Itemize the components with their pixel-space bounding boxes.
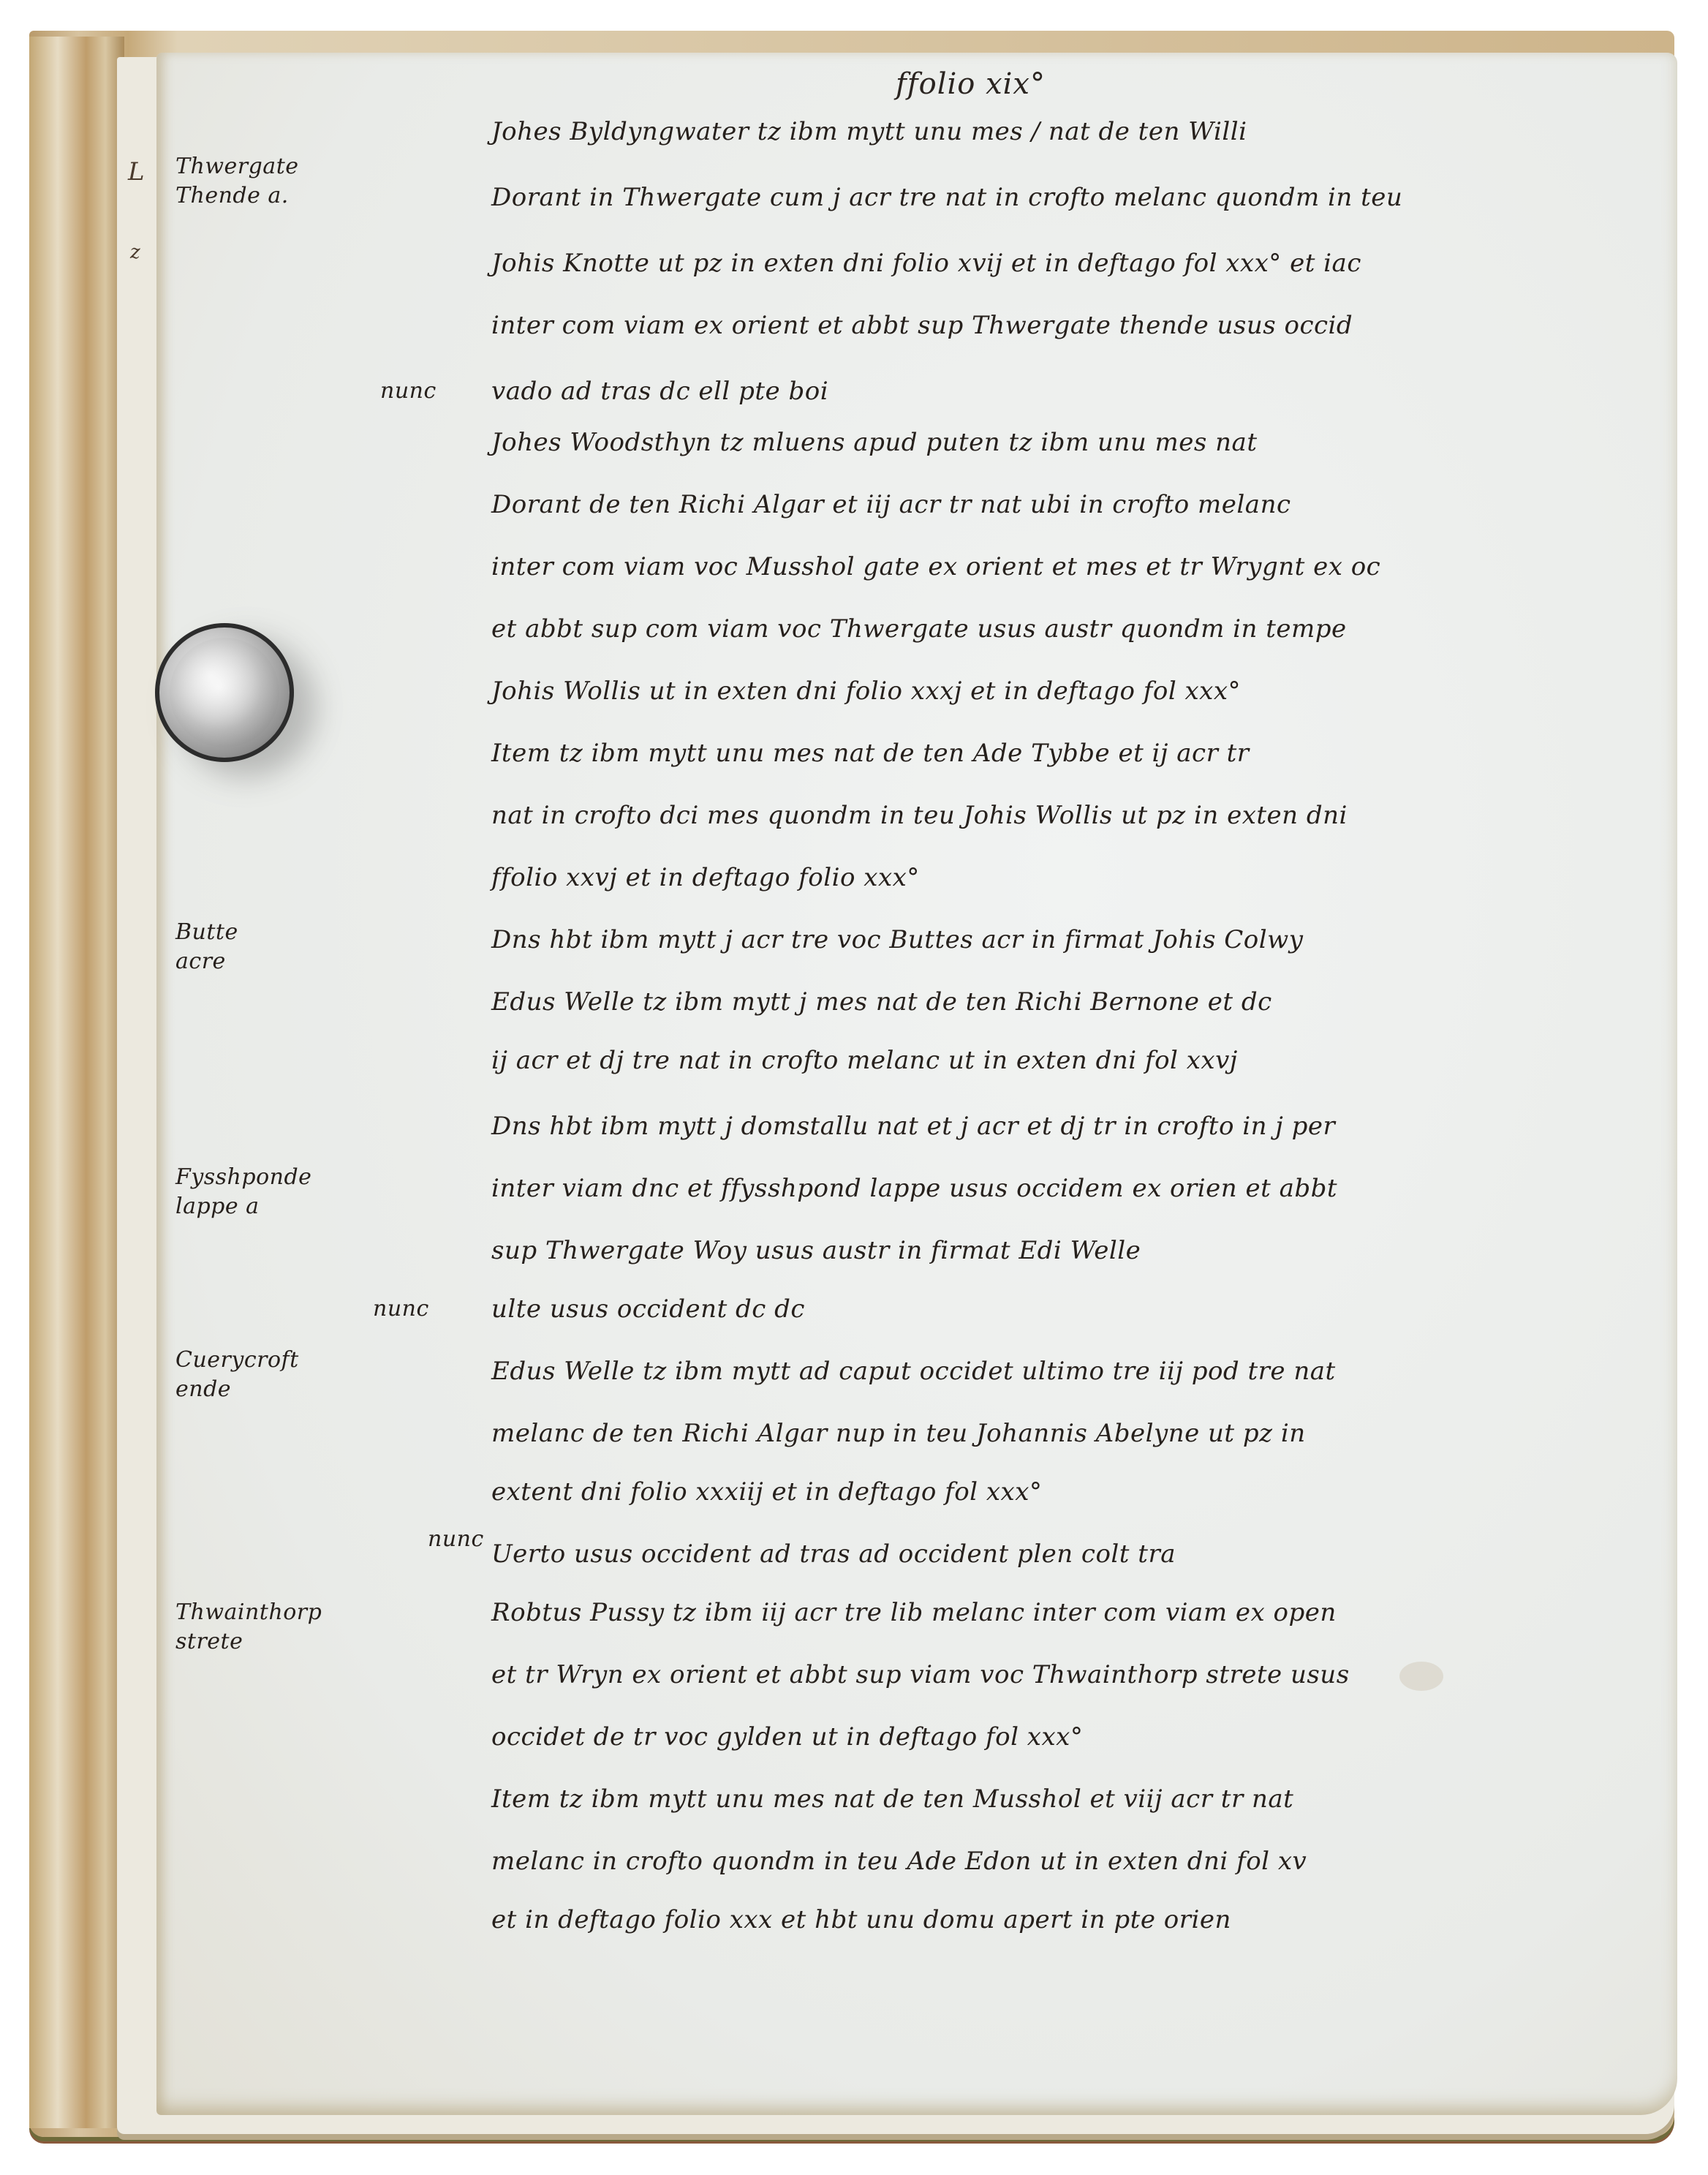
manuscript-line: nat in crofto dci mes quondm in teu Johi… (491, 801, 1348, 830)
book-spine (29, 37, 124, 2128)
manuscript-line: occidet de tr voc gylden ut in deftago f… (491, 1722, 1083, 1752)
manuscript-line: Uerto usus occident ad tras ad occident … (491, 1539, 1176, 1569)
manuscript-line: et tr Wryn ex orient et abbt sup viam vo… (491, 1660, 1350, 1689)
manuscript-line: inter com viam ex orient et abbt sup Thw… (491, 311, 1353, 340)
manuscript-line: Johis Wollis ut in exten dni folio xxxj … (491, 676, 1241, 706)
manuscript-line: et in deftago folio xxx et hbt unu domu … (491, 1905, 1231, 1934)
manuscript-line: ulte usus occident dc dc (491, 1294, 805, 1324)
manuscript-line: et abbt sup com viam voc Thwergate usus … (491, 614, 1347, 644)
manuscript-line: Item tz ibm mytt unu mes nat de ten Ade … (491, 739, 1250, 768)
page-weight-icon[interactable] (155, 623, 294, 762)
manuscript-line: vado ad tras dc ell pte boi (491, 377, 828, 406)
margin-note-nunc-1: nunc (380, 377, 437, 406)
stain (1399, 1662, 1443, 1691)
manuscript-line: melanc de ten Richi Algar nup in teu Joh… (491, 1419, 1306, 1448)
manuscript-line: Johes Woodsthyn tz mluens apud puten tz … (491, 428, 1257, 457)
manuscript-line: inter viam dnc et ffysshpond lappe usus … (491, 1174, 1337, 1203)
manuscript-line: Johes Byldyngwater tz ibm mytt unu mes /… (491, 117, 1247, 146)
manuscript-line: inter com viam voc Musshol gate ex orien… (491, 552, 1380, 581)
margin-note-thwainthorp: Thwainthorp strete (175, 1598, 322, 1656)
manuscript-line: Robtus Pussy tz ibm iij acr tre lib mela… (491, 1598, 1337, 1627)
manuscript-line: extent dni folio xxxiij et in deftago fo… (491, 1477, 1042, 1507)
folio-heading: ffolio xix° (896, 67, 1046, 101)
manuscript-line: Dns hbt ibm mytt j acr tre voc Buttes ac… (491, 925, 1303, 954)
side-mark-l: L (128, 157, 145, 186)
margin-note-cuerycroft: Cuerycroft ende (175, 1346, 299, 1404)
manuscript-line: Edus Welle tz ibm mytt j mes nat de ten … (491, 987, 1272, 1017)
margin-note-butte: Butte acre (175, 918, 238, 976)
manuscript-line: melanc in crofto quondm in teu Ade Edon … (491, 1847, 1307, 1876)
manuscript-line: ffolio xxvj et in deftago folio xxx° (491, 863, 920, 892)
manuscript-line: sup Thwergate Woy usus austr in firmat E… (491, 1236, 1141, 1265)
manuscript-line: Johis Knotte ut pz in exten dni folio xv… (491, 249, 1361, 278)
manuscript-line: Item tz ibm mytt unu mes nat de ten Muss… (491, 1784, 1293, 1814)
manuscript-line: Dorant de ten Richi Algar et iij acr tr … (491, 490, 1291, 519)
manuscript-line: ij acr et dj tre nat in crofto melanc ut… (491, 1046, 1238, 1075)
margin-note-nunc-3: nunc (428, 1525, 484, 1554)
manuscript-line: Dorant in Thwergate cum j acr tre nat in… (491, 183, 1402, 212)
manuscript-line: Dns hbt ibm mytt j domstallu nat et j ac… (491, 1112, 1335, 1141)
manuscript-line: Edus Welle tz ibm mytt ad caput occidet … (491, 1357, 1336, 1386)
margin-note-fysshponde: Fysshponde lappe a (175, 1163, 311, 1221)
margin-note-nunc-2: nunc (373, 1294, 429, 1324)
side-mark-z: z (130, 241, 140, 263)
margin-note-thwergate: Thwergate Thende a. (175, 152, 299, 211)
